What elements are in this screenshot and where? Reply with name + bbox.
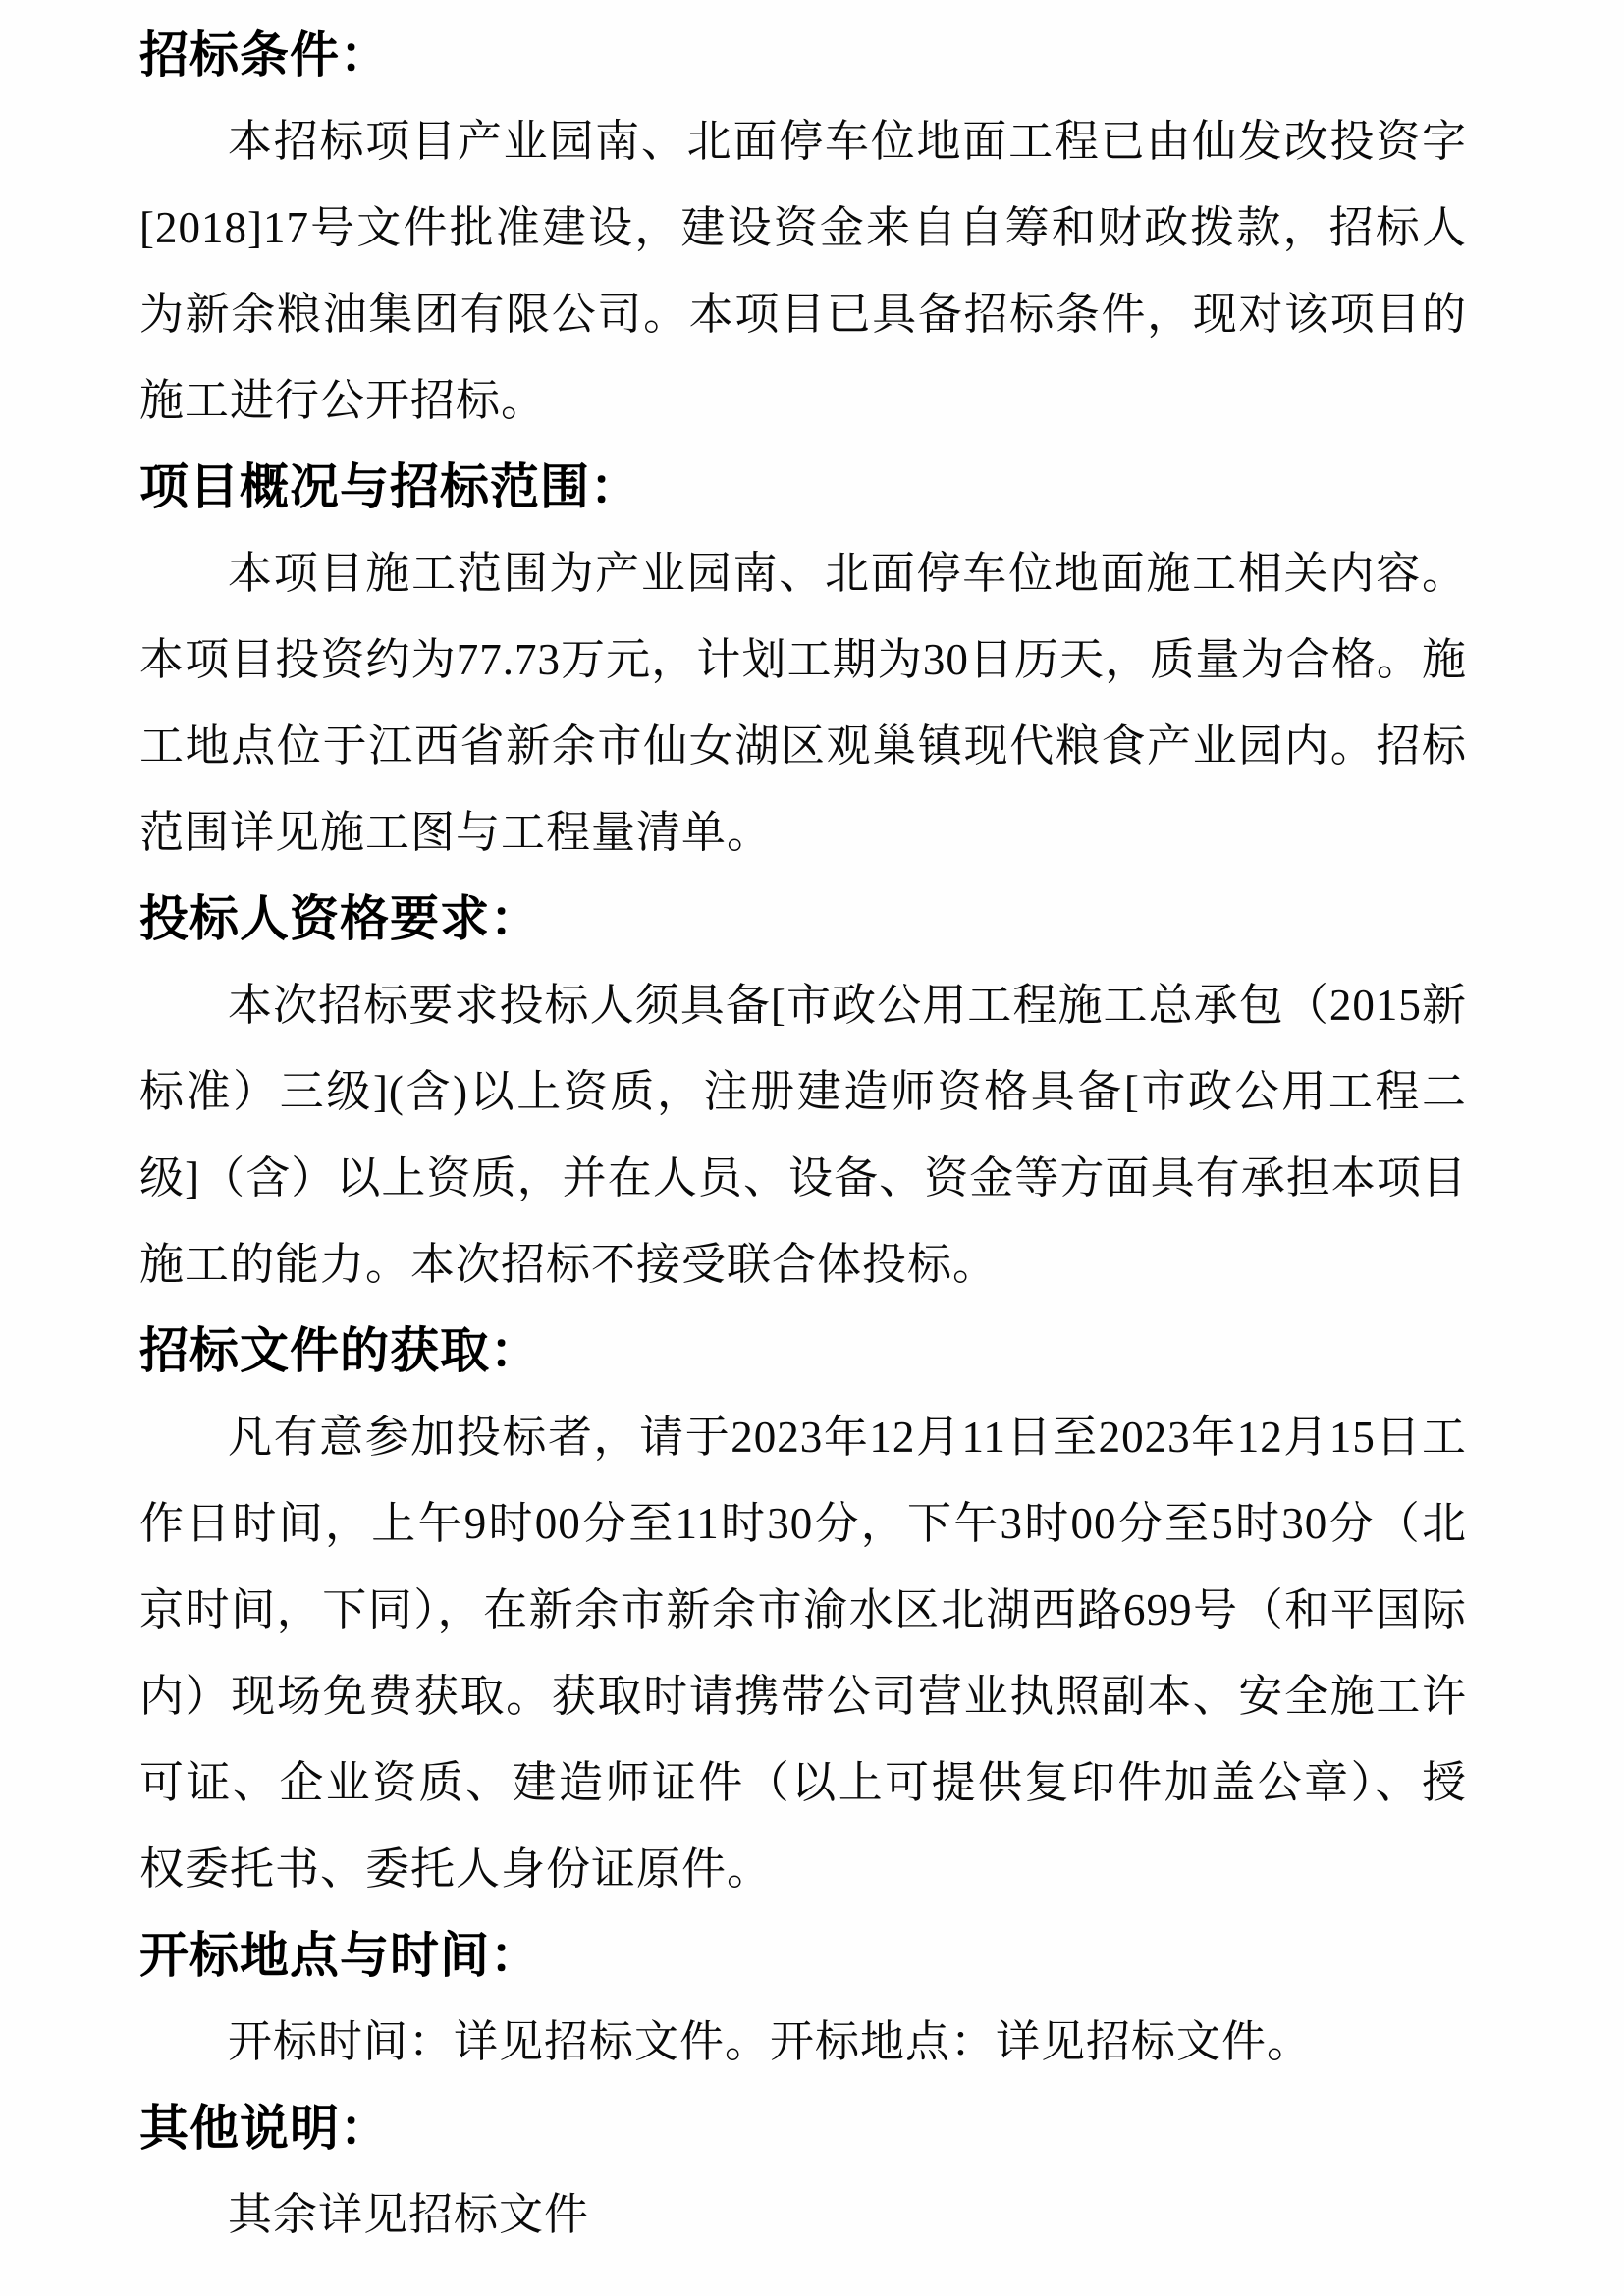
paragraph-tender-conditions: 本招标项目产业园南、北面停车位地面工程已由仙发改投资字[2018]17号文件批准… bbox=[139, 98, 1467, 444]
paragraph-bidder-qualifications: 本次招标要求投标人须具备[市政公用工程施工总承包（2015新标准）三级](含)以… bbox=[139, 962, 1467, 1308]
section-heading-bid-opening: 开标地点与时间： bbox=[139, 1912, 1467, 1999]
section-tender-document-acquisition: 招标文件的获取： 凡有意参加投标者，请于2023年12月11日至2023年12月… bbox=[139, 1308, 1467, 1912]
section-heading-tender-conditions: 招标条件： bbox=[139, 12, 1467, 98]
tender-announcement-page: 招标条件： 本招标项目产业园南、北面停车位地面工程已由仙发改投资字[2018]1… bbox=[0, 0, 1624, 2296]
section-bid-opening-place-and-time: 开标地点与时间： 开标时间：详见招标文件。开标地点：详见招标文件。 bbox=[139, 1912, 1467, 2085]
section-bidder-qualification-requirements: 投标人资格要求： 本次招标要求投标人须具备[市政公用工程施工总承包（2015新标… bbox=[139, 876, 1467, 1308]
section-heading-bidder-qualifications: 投标人资格要求： bbox=[139, 876, 1467, 962]
paragraph-bid-opening: 开标时间：详见招标文件。开标地点：详见招标文件。 bbox=[139, 1999, 1467, 2085]
section-other-notes: 其他说明： 其余详见招标文件 bbox=[139, 2085, 1467, 2258]
section-heading-document-acquisition: 招标文件的获取： bbox=[139, 1308, 1467, 1394]
section-tender-conditions: 招标条件： 本招标项目产业园南、北面停车位地面工程已由仙发改投资字[2018]1… bbox=[139, 12, 1467, 444]
paragraph-document-acquisition: 凡有意参加投标者，请于2023年12月11日至2023年12月15日工作日时间，… bbox=[139, 1394, 1467, 1912]
paragraph-project-overview: 本项目施工范围为产业园南、北面停车位地面施工相关内容。本项目投资约为77.73万… bbox=[139, 530, 1467, 876]
section-heading-project-overview: 项目概况与招标范围： bbox=[139, 444, 1467, 530]
section-project-overview-and-scope: 项目概况与招标范围： 本项目施工范围为产业园南、北面停车位地面施工相关内容。本项… bbox=[139, 444, 1467, 876]
section-heading-other-notes: 其他说明： bbox=[139, 2085, 1467, 2171]
paragraph-other-notes: 其余详见招标文件 bbox=[139, 2171, 1467, 2258]
